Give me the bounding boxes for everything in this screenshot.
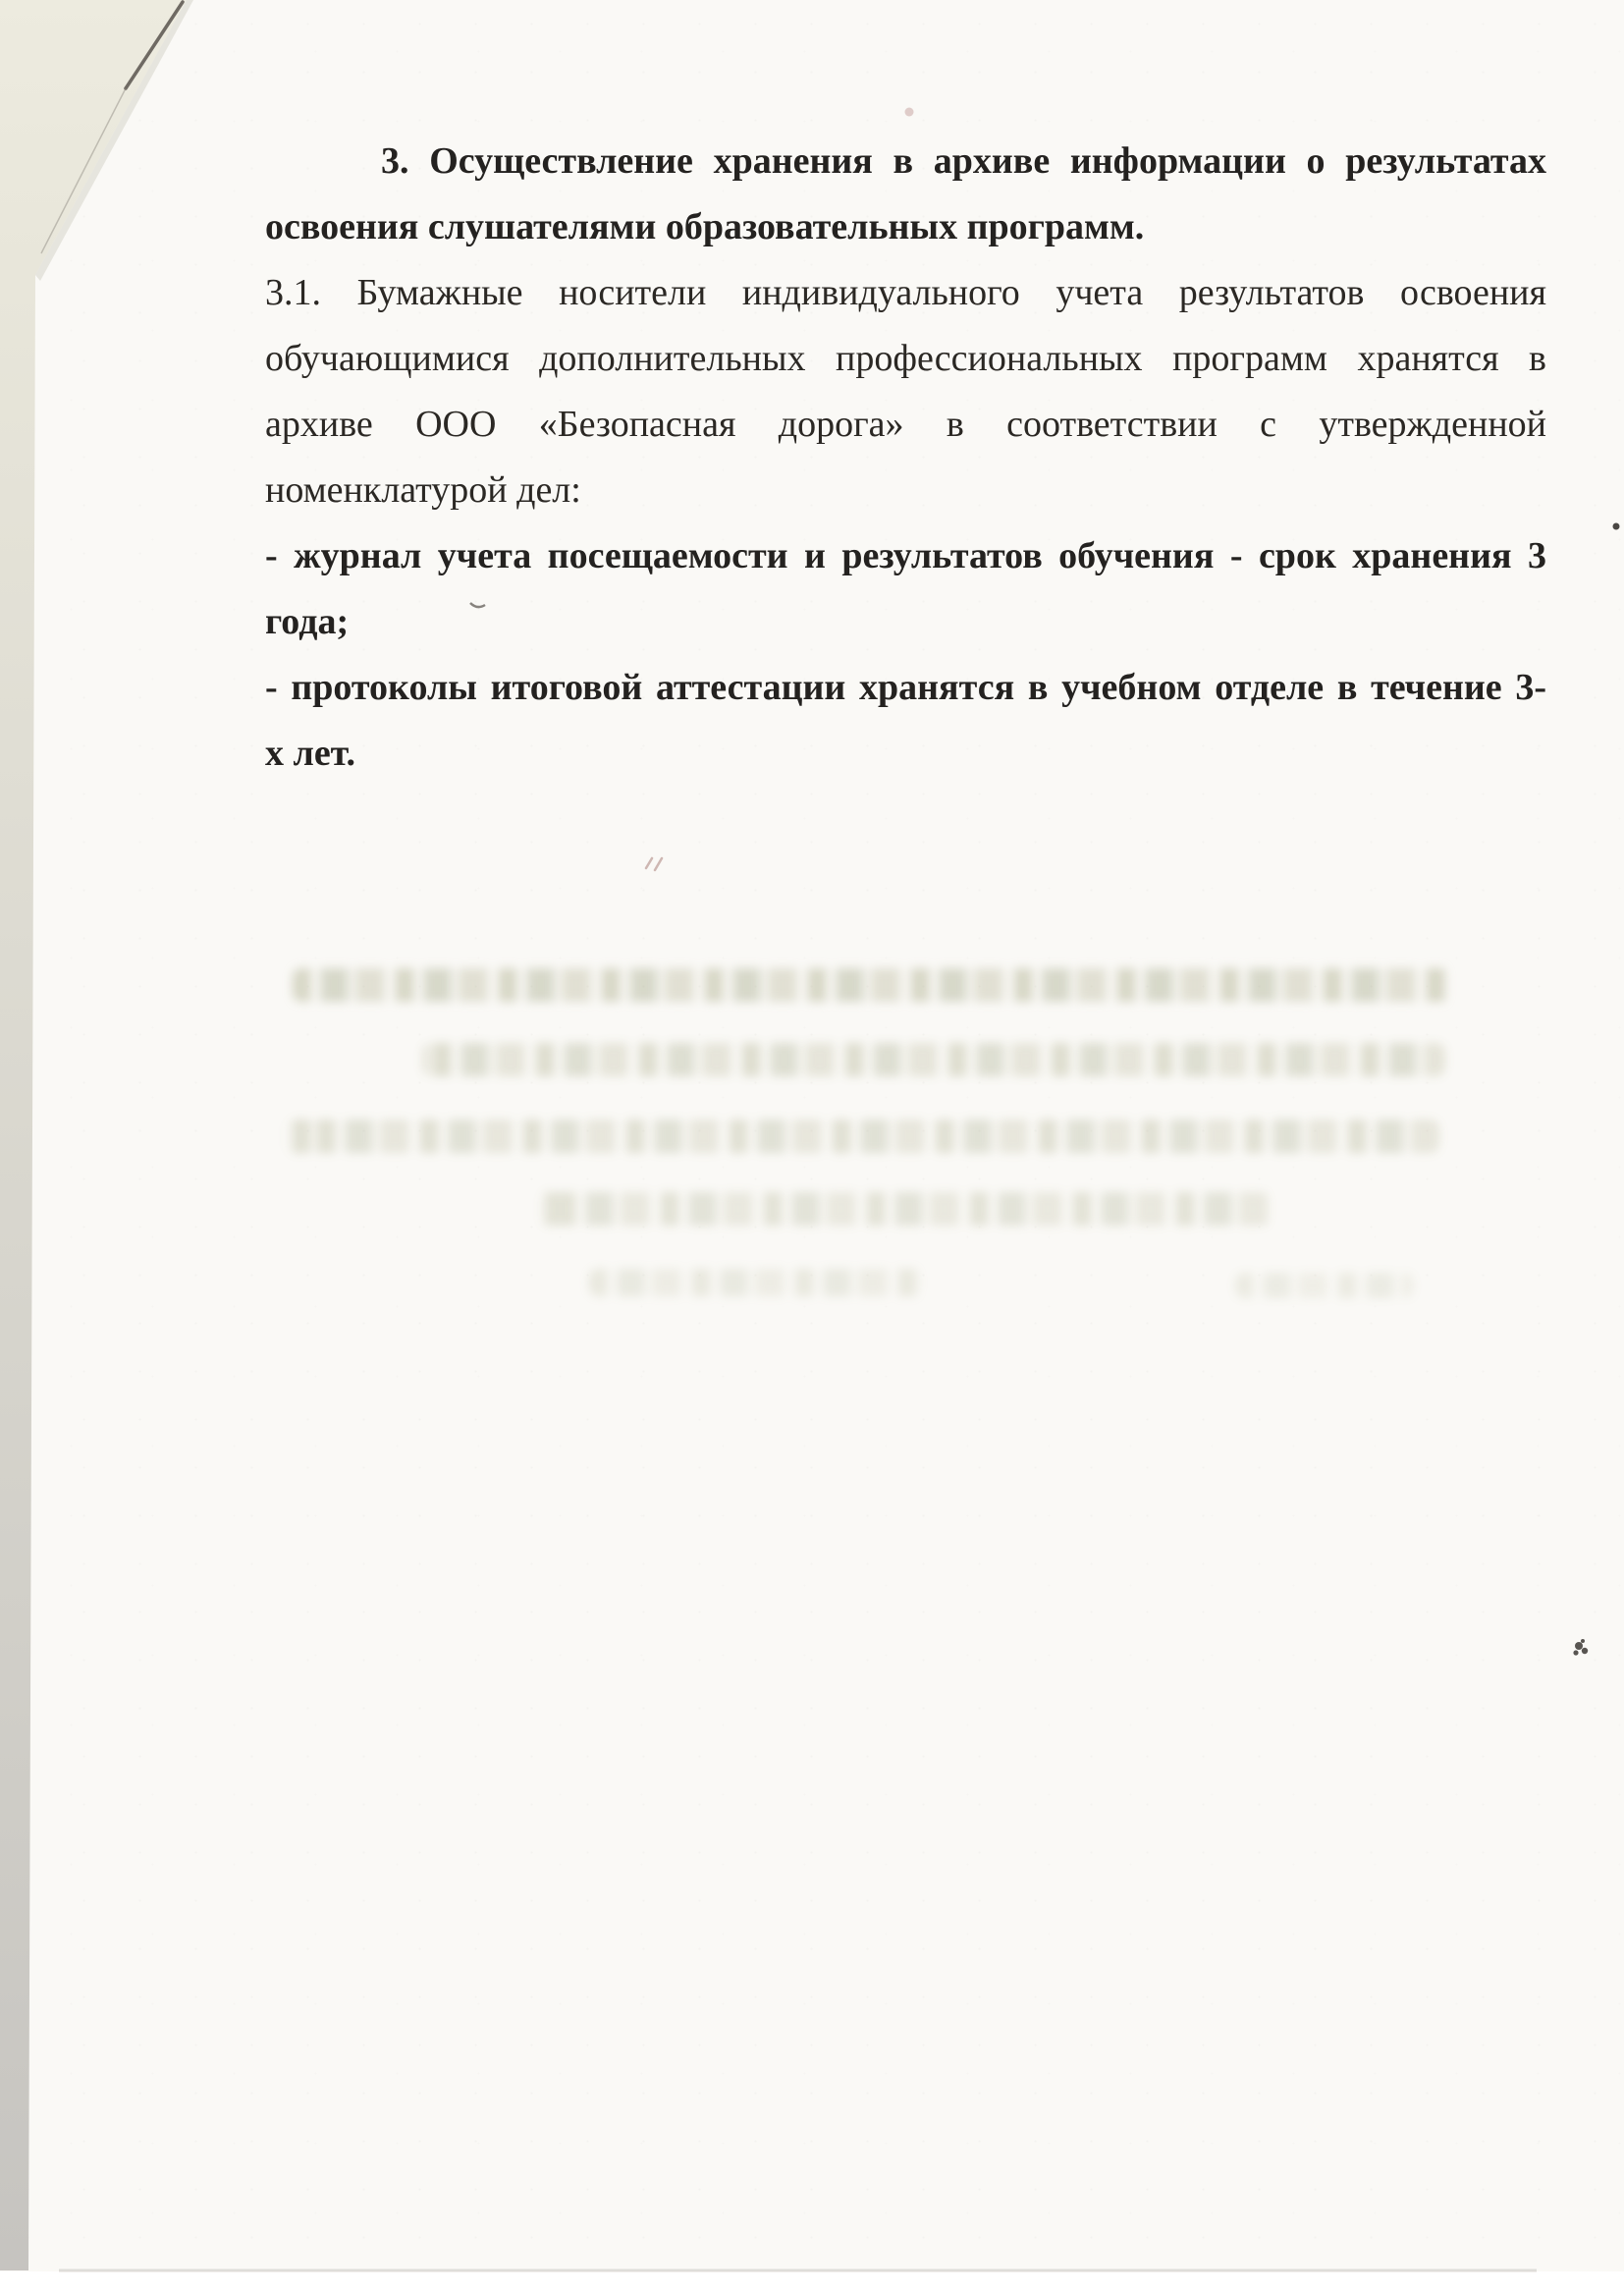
section-heading-line-2: освоения слушателями образовательных про…: [265, 194, 1546, 260]
clause-3-1-line-3: архиве ООО «Безопасная дорога» в соответ…: [265, 392, 1546, 458]
list-item-journal-line-1: - журнал учета посещаемости и результато…: [265, 523, 1546, 589]
clause-3-1-line-4: номенклатурой дел:: [265, 458, 1546, 523]
text-block: 3. Осуществление хранения в архиве инфор…: [265, 129, 1546, 787]
clause-3-1-line-2: обучающимися дополнительных профессионал…: [265, 326, 1546, 392]
list-item-journal-line-2: года;: [265, 589, 1546, 655]
scanned-document: 3. Осуществление хранения в архиве инфор…: [0, 0, 1624, 2296]
scan-bottom-margin: [0, 2271, 1624, 2296]
clause-3-1-line-1: 3.1. Бумажные носители индивидуального у…: [265, 260, 1546, 326]
list-item-protocols-line-1: - протоколы итоговой аттестации хранятся…: [265, 655, 1546, 721]
list-item-protocols-line-2: х лет.: [265, 721, 1546, 787]
section-heading-line-1: 3. Осуществление хранения в архиве инфор…: [265, 129, 1546, 194]
